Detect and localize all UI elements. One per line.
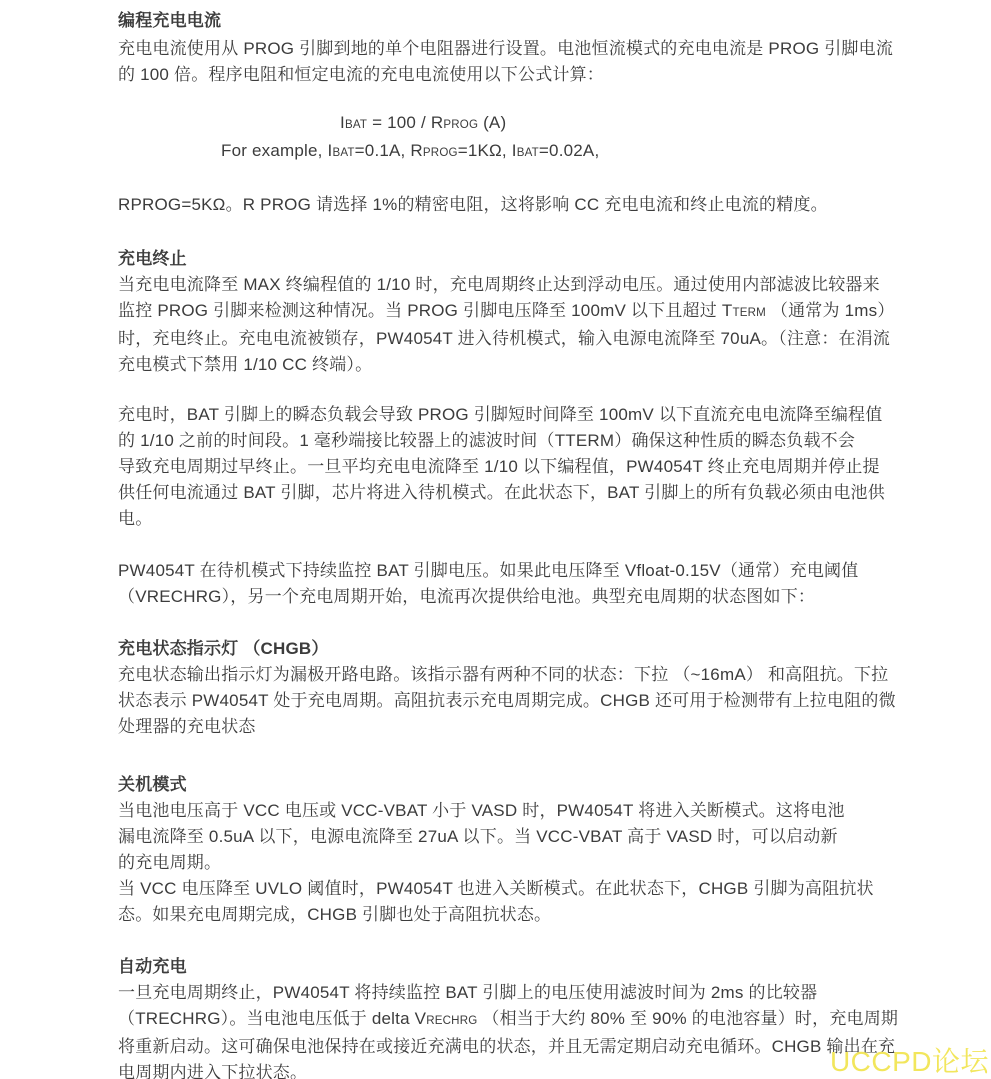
text-line: 充电模式下禁用 1/10 CC 终端）。 [118,352,991,378]
text-line: For example, IBAT=0.1A, RPROG=1KΩ, IBAT=… [221,138,991,166]
text-line: 充电时，BAT 引脚上的瞬态负载会导致 PROG 引脚短时间降至 100mV 以… [118,402,991,428]
text-line: 导致充电周期过早终止。一旦平均充电电流降至 1/10 以下编程值，PW4054T… [118,454,991,480]
text-line: PW4054T 在待机模式下持续监控 BAT 引脚电压。如果此电压降至 Vflo… [118,558,991,584]
text-line: （VRECHRG），另一个充电周期开始，电流再次提供给电池。典型充电周期的状态图… [118,584,991,610]
formula-example: For example, IBAT=0.1A, RPROG=1KΩ, IBAT=… [118,138,991,166]
text-line: 当电池电压高于 VCC 电压或 VCC-VBAT 小于 VASD 时，PW405… [118,798,991,824]
text-line: （TRECHRG）。当电池电压低于 delta VRECHRG （相当于大约 8… [118,1006,991,1034]
text-line: 当 VCC 电压降至 UVLO 阈值时，PW4054T 也进入关断模式。在此状态… [118,876,991,902]
text-line: 供任何电流通过 BAT 引脚，芯片将进入待机模式。在此状态下，BAT 引脚上的所… [118,480,991,506]
para-shutdown-mode: 当电池电压高于 VCC 电压或 VCC-VBAT 小于 VASD 时，PW405… [118,798,991,928]
text-line: 监控 PROG 引脚来检测这种情况。当 PROG 引脚电压降至 100mV 以下… [118,298,991,326]
text-line: 漏电流降至 0.5uA 以下，电源电流降至 27uA 以下。当 VCC-VBAT… [118,824,991,850]
text-line: 充电状态输出指示灯为漏极开路电路。该指示器有两种不同的状态：下拉 （~16mA）… [118,662,991,688]
heading-charge-termination: 充电终止 [118,246,991,272]
text-line: 当充电电流降至 MAX 终编程值的 1/10 时，充电周期终止达到浮动电压。通过… [118,272,991,298]
text-line: IBAT = 100 / RPROG (A) [340,110,991,138]
text-line: 电。 [118,506,991,532]
heading-charge-status-indicator: 充电状态指示灯 （CHGB） [118,636,991,662]
heading-shutdown-mode: 关机模式 [118,772,991,798]
para-charge-termination-2: 充电时，BAT 引脚上的瞬态负载会导致 PROG 引脚短时间降至 100mV 以… [118,402,991,532]
para-charge-status-indicator: 充电状态输出指示灯为漏极开路电路。该指示器有两种不同的状态：下拉 （~16mA）… [118,662,991,740]
para-program-charge-current: 充电电流使用从 PROG 引脚到地的单个电阻器进行设置。电池恒流模式的充电电流是… [118,36,991,88]
text-line: 一旦充电周期终止，PW4054T 将持续监控 BAT 引脚上的电压使用滤波时间为… [118,980,991,1006]
para-charge-termination-1: 当充电电流降至 MAX 终编程值的 1/10 时，充电周期终止达到浮动电压。通过… [118,272,991,378]
text-line: 时，充电终止。充电电流被锁存，PW4054T 进入待机模式，输入电源电流降至 7… [118,326,991,352]
heading-auto-recharge: 自动充电 [118,954,991,980]
para-rprog-note: RPROG=5KΩ。R PROG 请选择 1%的精密电阻，这将影响 CC 充电电… [118,192,991,218]
text-line: 充电电流使用从 PROG 引脚到地的单个电阻器进行设置。电池恒流模式的充电电流是… [118,36,991,62]
text-line: 的充电周期。 [118,850,991,876]
formula-ibat: IBAT = 100 / RPROG (A) [118,110,991,138]
text-line: 态。如果充电周期完成，CHGB 引脚也处于高阻抗状态。 [118,902,991,928]
datasheet-page: 编程充电电流 充电电流使用从 PROG 引脚到地的单个电阻器进行设置。电池恒流模… [0,0,991,1079]
heading-program-charge-current: 编程充电电流 [118,8,991,34]
text-line: RPROG=5KΩ。R PROG 请选择 1%的精密电阻，这将影响 CC 充电电… [118,192,991,218]
text-line: 的 1/10 之前的时间段。1 毫秒端接比较器上的滤波时间（TTERM）确保这种… [118,428,991,454]
text-line: 处理器的充电状态 [118,714,991,740]
text-line: 的 100 倍。程序电阻和恒定电流的充电电流使用以下公式计算： [118,62,991,88]
watermark: UCCPD论坛 [830,1045,989,1079]
text-line: 状态表示 PW4054T 处于充电周期。高阻抗表示充电周期完成。CHGB 还可用… [118,688,991,714]
para-charge-termination-3: PW4054T 在待机模式下持续监控 BAT 引脚电压。如果此电压降至 Vflo… [118,558,991,610]
